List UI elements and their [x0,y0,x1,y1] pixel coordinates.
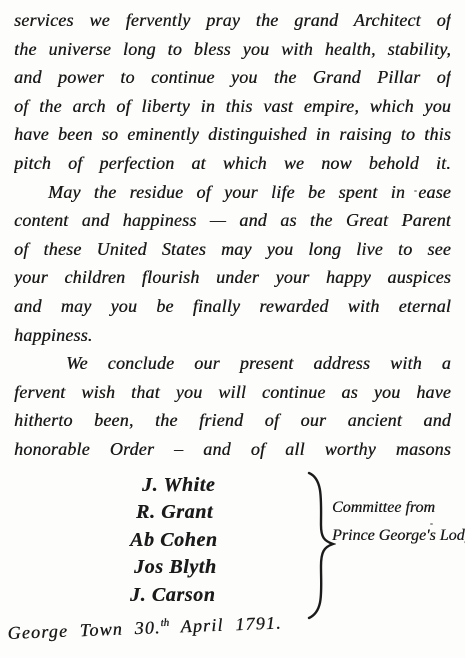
dateline-place-day: George Town 30. [7,617,161,643]
text-line: hitherto been, the friend of our ancient… [14,410,451,439]
text-line: content and happiness — and as the Great… [14,210,451,239]
text-line: May the residue of your life be spent in… [14,182,451,211]
curly-brace-icon [302,470,336,620]
signature-name: J. White [142,472,218,500]
text-line: your children flourish under your happy … [14,267,451,296]
signature-name: J. Carson [130,582,218,610]
paragraph-1: services we fervently pray the grand Arc… [14,10,451,182]
text-line: have been so eminently distinguished in … [14,124,451,153]
text-line: We conclude our present address with a [14,353,451,382]
signature-name: Ab Cohen [130,527,218,555]
paper-speck [430,523,433,525]
committee-note-line: Prince George's Lodge [332,522,465,550]
letter-body: services we fervently pray the grand Arc… [14,10,451,468]
signature-list: J. White R. Grant Ab Cohen Jos Blyth J. … [142,472,218,610]
text-line: happiness. [14,325,451,354]
text-line: and power to continue you the Grand Pill… [14,67,451,96]
paper-speck [414,190,417,192]
signature-name: R. Grant [136,499,218,527]
committee-note: Committee from Prince George's Lodge [332,494,465,550]
text-line: honorable Order – and of all worthy maso… [14,439,451,468]
paragraph-2: May the residue of your life be spent in… [14,182,451,354]
text-line: and may you be finally rewarded with ete… [14,296,451,325]
committee-note-line: Committee from [332,494,465,522]
paragraph-3: We conclude our present address with a f… [14,353,451,467]
signature-block: J. White R. Grant Ab Cohen Jos Blyth J. … [14,470,451,620]
text-line: the universe long to bless you with heal… [14,39,451,68]
signature-name: Jos Blyth [134,554,218,582]
dateline-month-year: April 1791. [169,612,282,636]
text-line: of these United States may you long live… [14,239,451,268]
manuscript-page: services we fervently pray the grand Arc… [0,0,465,658]
text-line: services we fervently pray the grand Arc… [14,10,451,39]
text-line: of the arch of liberty in this vast empi… [14,96,451,125]
text-line: pitch of perfection at which we now beho… [14,153,451,182]
text-line: fervent wish that you will continue as y… [14,382,451,411]
